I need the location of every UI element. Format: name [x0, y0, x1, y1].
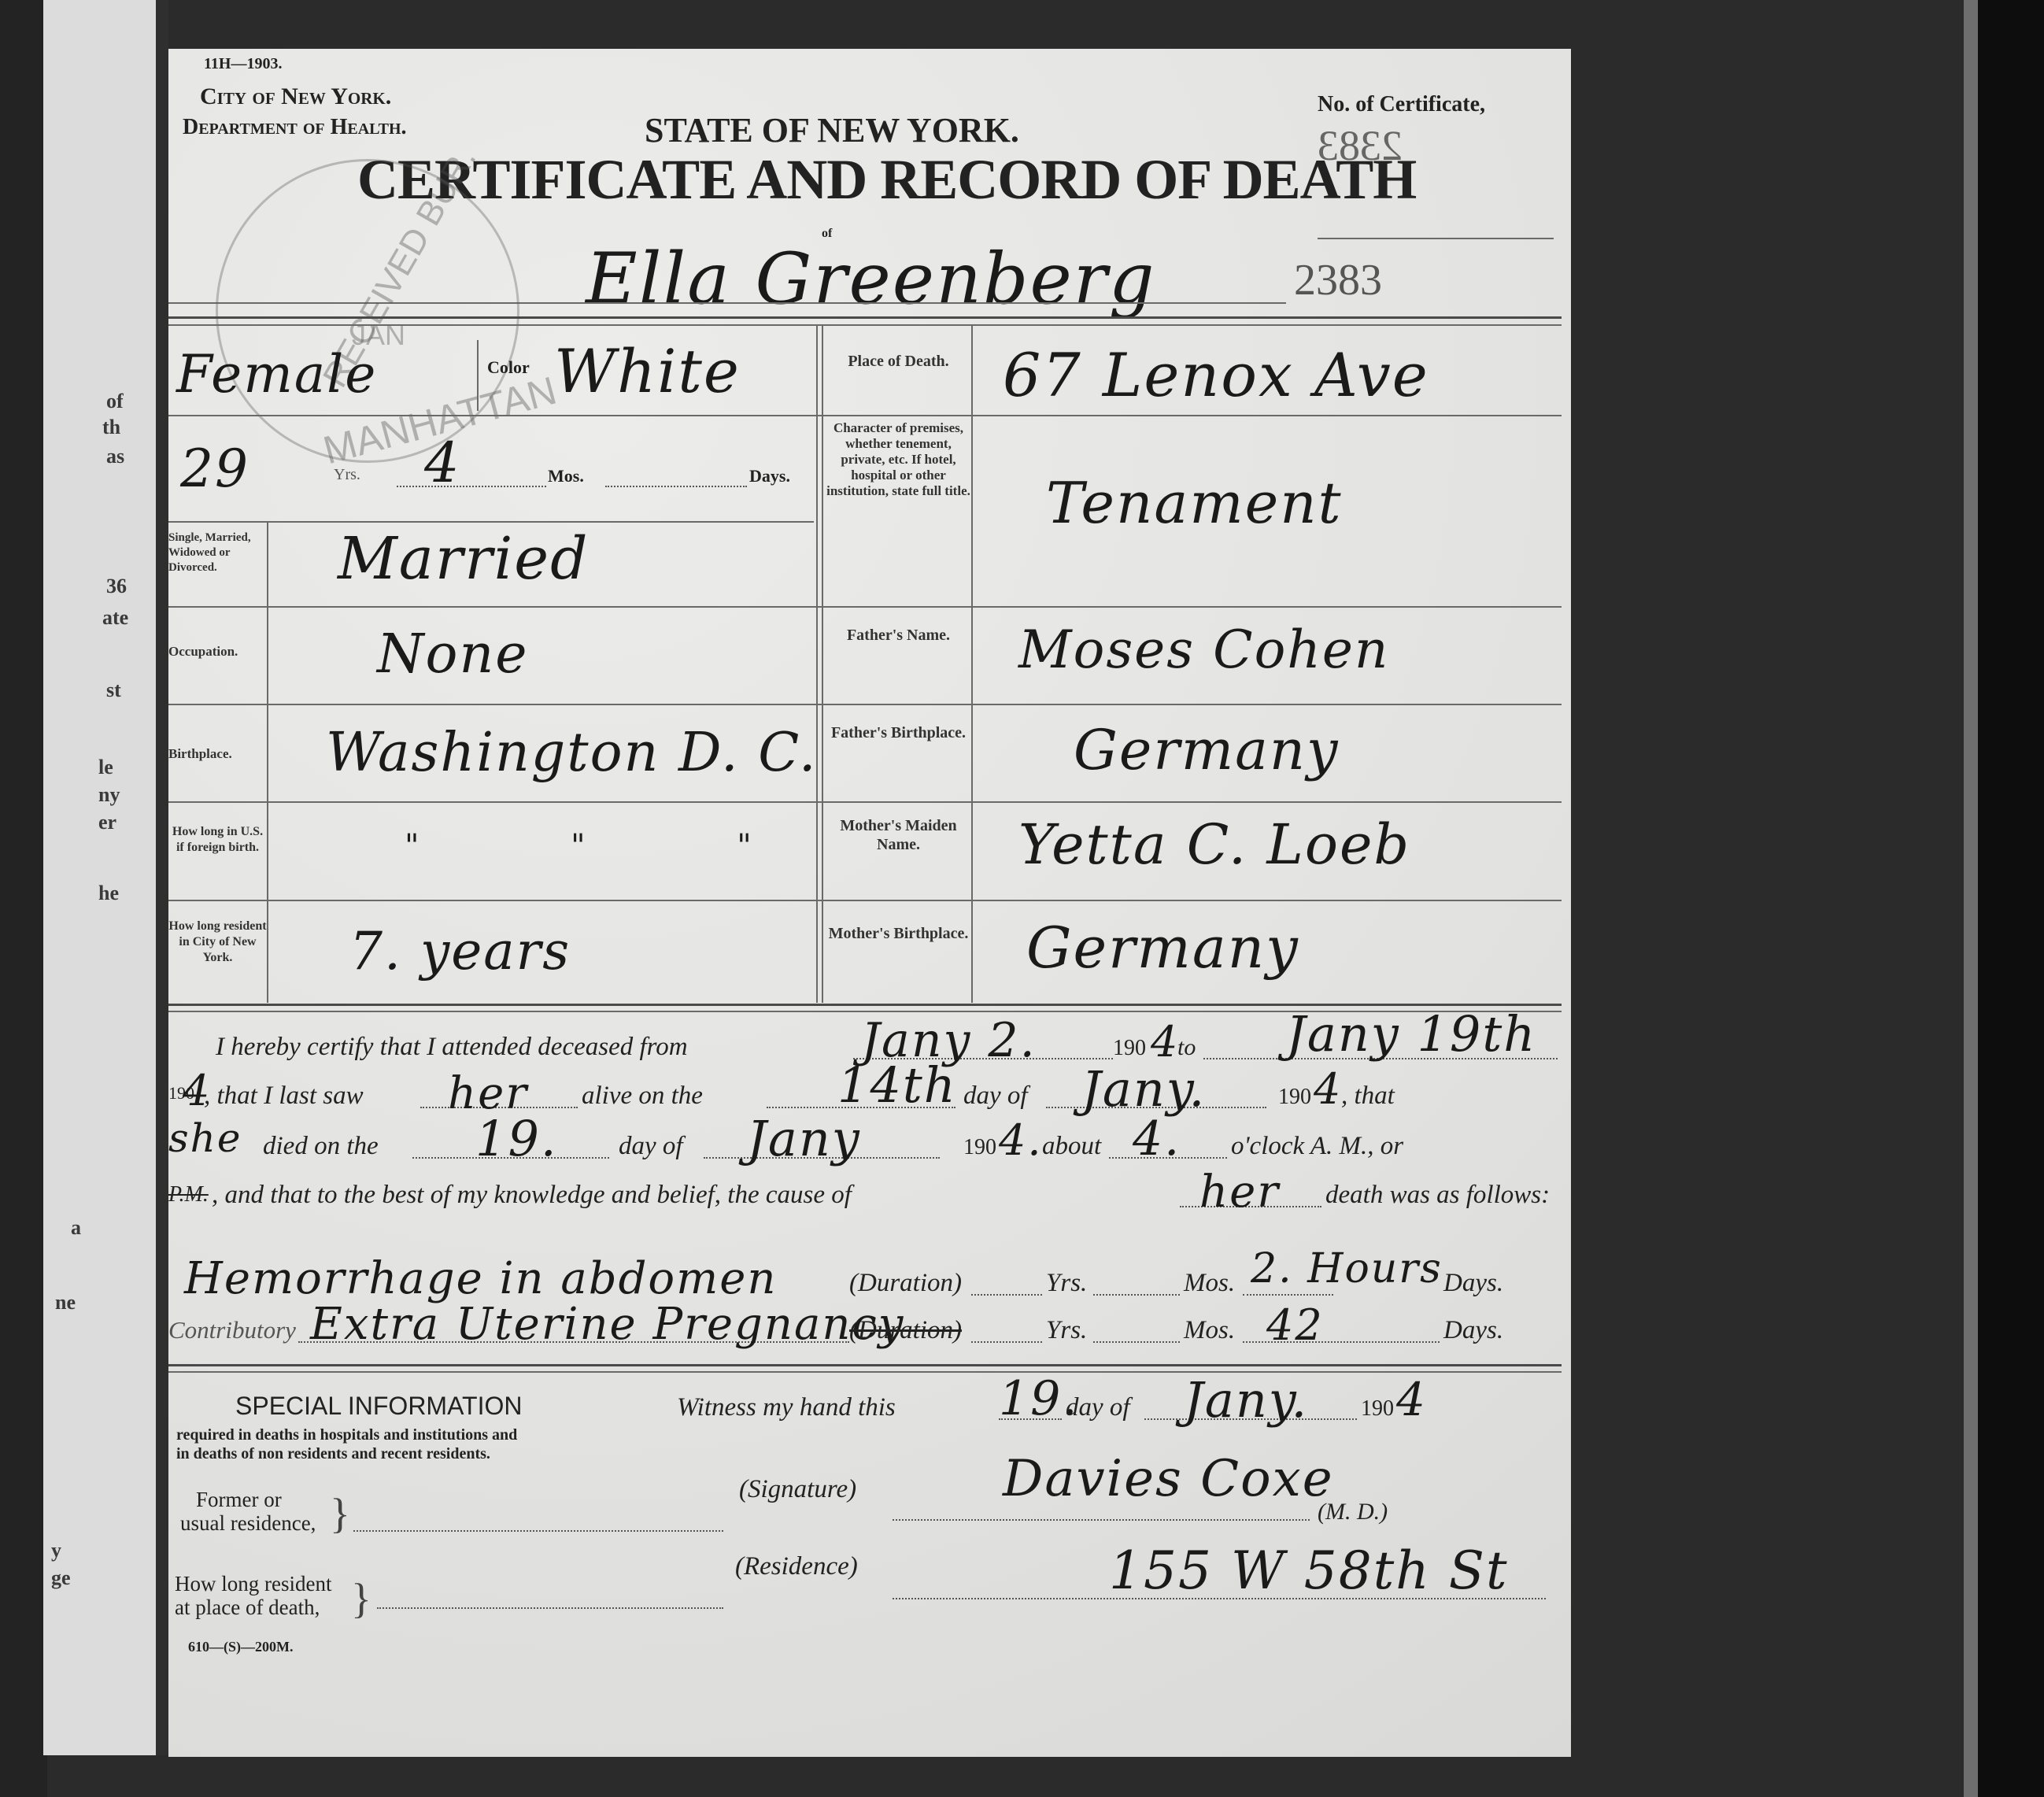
witness-month-value: Jany. [1184, 1371, 1308, 1429]
age-months-label: Mos. [548, 466, 584, 486]
how-long-resident-brace: } [351, 1574, 371, 1623]
prev-page-fragment: ge [51, 1566, 71, 1590]
death-month-value: Jany [747, 1110, 861, 1167]
day-of-label: day of [963, 1082, 1028, 1111]
to-label: to [1177, 1034, 1196, 1061]
former-residence-label-2: usual residence, [180, 1511, 316, 1536]
age-months-line [397, 486, 546, 487]
prev-page-fragment: ny [98, 783, 120, 807]
died-on-label: died on the [263, 1132, 379, 1161]
prev-page-fragment: y [51, 1539, 61, 1562]
page-fold-line [156, 0, 168, 1755]
about-label: about [1042, 1132, 1101, 1161]
birthplace-label: Birthplace. [168, 745, 267, 762]
row-line [168, 521, 814, 523]
prev-page-fragment: ne [55, 1291, 76, 1314]
primary-duration-value: 2. Hours [1251, 1245, 1443, 1292]
prev-page-fragment: er [98, 811, 116, 834]
print-code: 610—(S)—200M. [188, 1639, 294, 1655]
form-number: 11H—1903. [204, 55, 282, 73]
primary-yrs-label: Yrs. [1046, 1269, 1087, 1298]
right-label-divider [971, 326, 973, 1003]
witness-day-of-label: day of [1066, 1393, 1130, 1422]
contributory-duration-value: 42 [1266, 1300, 1324, 1350]
city-label: City of New York. [200, 83, 391, 110]
previous-page-strip: of th as 36 ate st le ny er he a ne y ge [43, 0, 161, 1755]
how-long-resident-label-1: How long resident [175, 1572, 331, 1596]
color-value: White [554, 336, 741, 406]
film-border-right [1978, 0, 2044, 1797]
decedent-name: Ella Greenberg [586, 238, 1155, 320]
age-years-label: Yrs. [334, 466, 360, 484]
contributory-mos-label: Mos. [1184, 1316, 1235, 1345]
how-long-city-value: 7. years [349, 921, 571, 982]
row-line [168, 415, 1562, 416]
pronoun-2-value: she [168, 1115, 242, 1161]
prev-page-fragment: 36 [106, 575, 127, 598]
last-seen-year-prefix: 190 [1278, 1085, 1311, 1110]
prev-page-fragment: as [106, 445, 124, 468]
special-info-subtitle-2: in deaths of non residents and recent re… [176, 1445, 490, 1463]
premises-value: Tenament [1046, 470, 1343, 536]
place-of-death-value: 67 Lenox Ave [1003, 340, 1429, 410]
prev-page-fragment: st [106, 678, 121, 702]
fathers-birthplace-label: Father's Birthplace. [826, 723, 971, 743]
prev-page-fragment: he [98, 882, 119, 905]
contributory-label: Contributory [168, 1316, 296, 1344]
former-residence-field[interactable] [353, 1530, 723, 1532]
row-line [168, 704, 1562, 705]
fathers-name-value: Moses Cohen [1018, 619, 1389, 680]
prev-page-fragment: th [102, 416, 120, 439]
special-info-subtitle-1: required in deaths in hospitals and inst… [176, 1426, 517, 1444]
film-border-left [0, 0, 47, 1797]
certificate-title: CERTIFICATE AND RECORD OF DEATH [357, 147, 1416, 213]
marital-value: Married [338, 525, 589, 593]
sex-value: Female [176, 344, 377, 405]
prev-page-fragment: ate [102, 606, 128, 630]
residence-label: (Residence) [735, 1552, 858, 1581]
from-year-prefix: 190 [1113, 1036, 1146, 1061]
color-label: Color [487, 357, 530, 378]
cert-line1-text: I hereby certify that I attended decease… [216, 1033, 688, 1062]
former-residence-brace: } [330, 1489, 350, 1538]
occupation-label: Occupation. [168, 643, 267, 660]
left-label-divider [267, 521, 268, 1003]
witness-year-prefix: 190 [1361, 1396, 1394, 1422]
table-top-rule [168, 316, 1562, 319]
contributory-value: Extra Uterine Pregnancy [310, 1299, 904, 1350]
fathers-name-label: Father's Name. [826, 625, 971, 645]
contributory-mos-line [1093, 1341, 1180, 1343]
death-year-prefix: 190 [963, 1135, 996, 1160]
death-hour-value: 4. [1133, 1111, 1181, 1167]
physician-signature: Davies Coxe [1003, 1450, 1334, 1508]
primary-mos-line [1093, 1294, 1180, 1296]
primary-days-label: Days. [1443, 1269, 1503, 1298]
signature-label: (Signature) [739, 1475, 856, 1504]
contributory-duration-label: (Duration) [849, 1316, 962, 1345]
occupation-value: None [377, 623, 528, 686]
primary-days-line [1243, 1294, 1333, 1296]
physician-residence: 155 W 58th St [1109, 1540, 1509, 1601]
contributory-days-label: Days. [1443, 1316, 1503, 1345]
certificate-number-mirrored: 2383 [1318, 121, 1403, 170]
cert-line4-text: , and that to the best of my knowledge a… [212, 1181, 852, 1210]
marital-label: Single, Married, Widowed or Divorced. [168, 531, 267, 575]
premises-label: Character of premises, whether tenement,… [826, 420, 971, 499]
row-line [168, 606, 1562, 608]
how-long-us-label: How long in U.S. if foreign birth. [168, 824, 267, 856]
primary-mos-label: Mos. [1184, 1269, 1235, 1298]
center-divider [816, 326, 818, 1003]
center-divider-2 [822, 326, 823, 1003]
contributory-yrs-label: Yrs. [1046, 1316, 1087, 1345]
fathers-birthplace-value: Germany [1074, 718, 1340, 782]
md-label: (M. D.) [1318, 1499, 1388, 1525]
death-certificate-page: 11H—1903. City of New York. Department o… [168, 49, 1571, 1757]
age-years-value: 29 [180, 438, 249, 499]
primary-yrs-line [971, 1294, 1042, 1296]
former-residence-label-1: Former or [196, 1488, 282, 1512]
row-line [168, 900, 1562, 901]
special-top-rule [168, 1364, 1562, 1366]
certificate-number-label: No. of Certificate, [1318, 92, 1485, 117]
attended-to-value: Jany 19th [1286, 1005, 1536, 1063]
contributory-yrs-line [971, 1341, 1042, 1343]
last-seen-year-value: 4 [1314, 1064, 1342, 1114]
death-year-value: 4. [999, 1115, 1043, 1165]
primary-cause-value: Hemorrhage in abdomen [184, 1253, 777, 1304]
name-stamp-number: 2383 [1294, 255, 1382, 305]
last-seen-month-value: Jany. [1081, 1060, 1206, 1118]
death-as-follows-label: death was as follows: [1325, 1181, 1550, 1210]
received-stamp: RECEIVED BUR. JAN MANHATTAN [216, 159, 519, 463]
mothers-maiden-value: Yetta C. Loeb [1018, 812, 1410, 877]
age-days-line [605, 486, 747, 487]
day-of-label-2: day of [619, 1132, 683, 1161]
state-heading: STATE OF NEW YORK. [645, 110, 1019, 150]
special-top-rule-2 [168, 1371, 1562, 1373]
pronoun-3-value: her [1199, 1167, 1280, 1218]
film-edge-right [1964, 0, 1978, 1797]
prev-page-fragment: a [71, 1216, 81, 1240]
prev-page-fragment: le [98, 756, 113, 779]
that-label: , that [1341, 1082, 1395, 1111]
how-long-city-label: How long resident in City of New York. [168, 919, 267, 966]
mothers-birthplace-label: Mother's Birthplace. [826, 923, 971, 945]
name-underline-right [1318, 238, 1554, 239]
how-long-resident-label-2: at place of death, [175, 1595, 320, 1620]
how-long-resident-field[interactable] [377, 1607, 723, 1609]
oclock-label: o'clock A. M., or [1231, 1132, 1403, 1161]
sex-color-divider [477, 340, 479, 411]
primary-duration-label: (Duration) [849, 1269, 962, 1298]
witness-label: Witness my hand this [677, 1393, 896, 1422]
age-days-label: Days. [749, 466, 790, 486]
pm-struck: P.M. [168, 1182, 209, 1207]
mothers-birthplace-value: Germany [1026, 915, 1299, 981]
prev-page-fragment: of [106, 390, 124, 413]
residence-line [893, 1598, 1546, 1599]
mothers-maiden-label: Mother's Maiden Name. [826, 816, 971, 854]
death-day-value: 19. [475, 1110, 558, 1167]
birthplace-value: Washington D. C. [326, 722, 818, 784]
special-info-title: SPECIAL INFORMATION [235, 1392, 522, 1421]
department-label: Department of Health. [183, 115, 407, 140]
how-long-us-value: " " " [405, 828, 822, 864]
from-year-value: 4 [1151, 1017, 1179, 1067]
cert-line2-text: , that I last saw [204, 1082, 364, 1111]
place-of-death-label: Place of Death. [826, 352, 971, 371]
witness-year-value: 4 [1396, 1373, 1427, 1426]
last-seen-day-value: 14th [837, 1056, 957, 1114]
row-line [168, 801, 1562, 803]
table-top-rule-2 [168, 324, 1562, 326]
signature-line [893, 1519, 1310, 1521]
alive-on-label: alive on the [582, 1082, 703, 1111]
